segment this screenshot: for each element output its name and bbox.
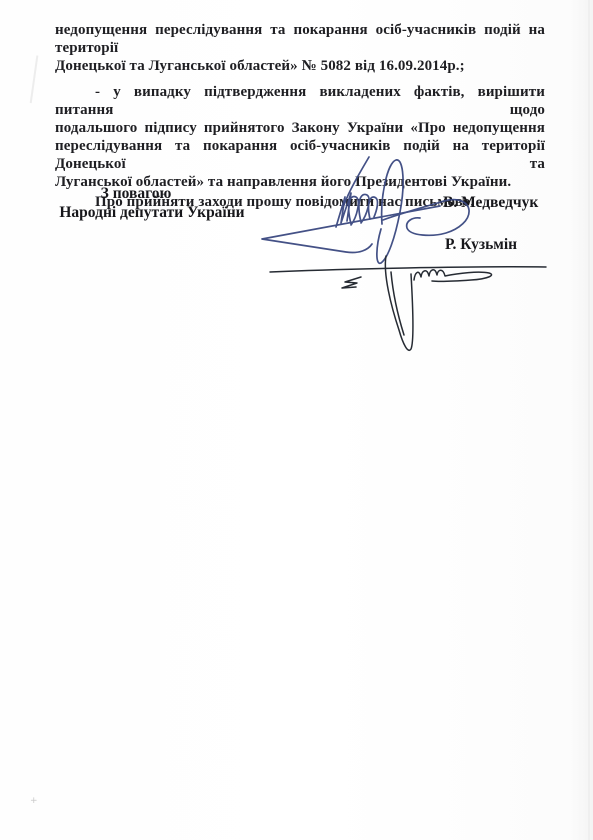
body-paragraph: недопущення переслідування та покарання … <box>55 21 545 75</box>
closing-role: Народні депутати України <box>57 203 247 222</box>
signature-kuzmin-ink <box>270 256 546 350</box>
text-line: - у випадку підтвердження викладених фак… <box>55 83 545 119</box>
signatory-name-kuzmin: Р. Кузьмін <box>445 236 517 254</box>
scan-smudge <box>30 55 49 104</box>
text-line: недопущення переслідування та покарання … <box>55 21 545 57</box>
scanned-letter-page: недопущення переслідування та покарання … <box>0 0 593 840</box>
signatory-name-medvedchuk: В. Медведчук <box>443 194 538 212</box>
body-text: недопущення переслідування та покарання … <box>55 21 545 211</box>
closing-salutation: З повагою <box>41 184 231 203</box>
page-edge-shadow <box>588 0 590 840</box>
scan-tick-mark: + <box>30 796 38 806</box>
closing-block: З повагою Народні депутати України <box>57 184 247 222</box>
text-line: подальшого підпису прийнятого Закону Укр… <box>55 119 545 137</box>
text-line: Донецької та Луганської областей» № 5082… <box>55 57 545 75</box>
body-paragraph: - у випадку підтвердження викладених фак… <box>55 83 545 191</box>
text-line: переслідування та покарання осіб-учасник… <box>55 137 545 173</box>
